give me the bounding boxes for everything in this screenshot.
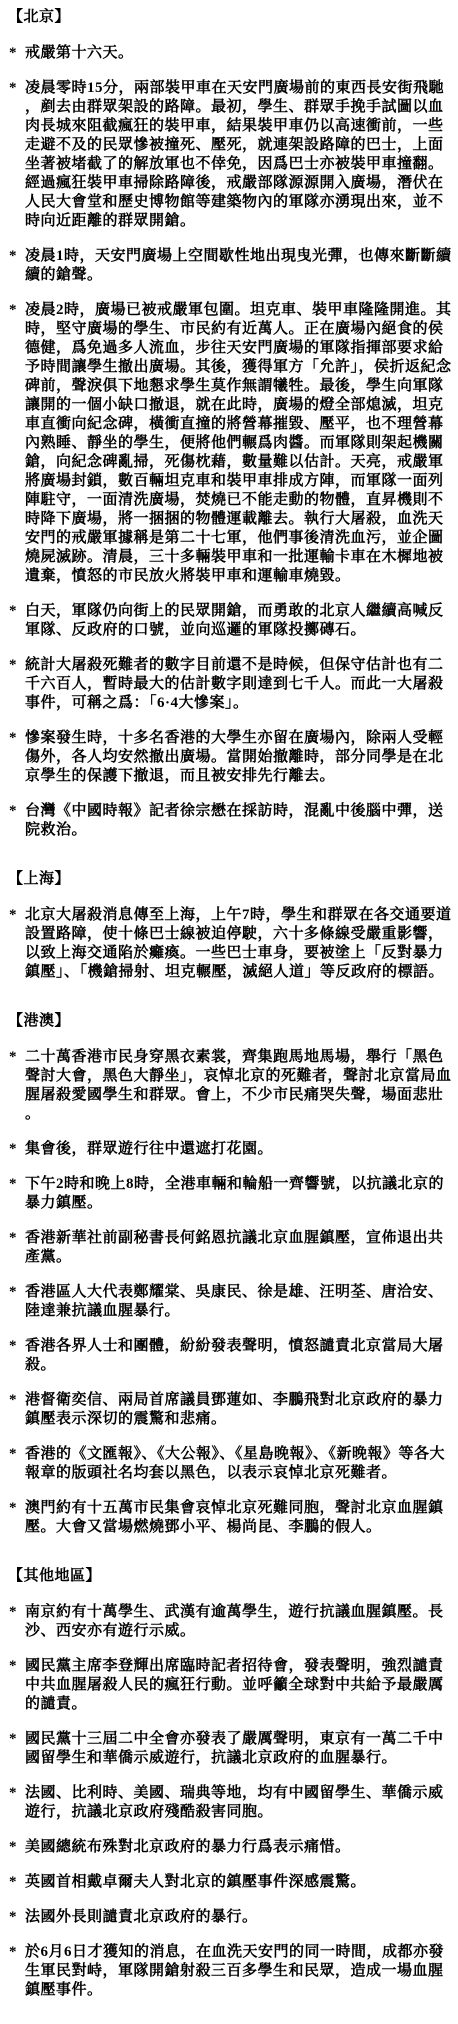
bullet-text: 港督衛奕信、兩局首席議員鄧蓮如、李鵬飛對北京政府的暴力鎮壓表示深切的震驚和悲痛。 [25,1392,444,1427]
bullet-item: *國民黨主席李登輝出席臨時記者招待會，發表聲明，強烈譴責中共血腥屠殺人民的瘋狂行… [8,1657,452,1714]
bullet-marker: * [9,729,17,748]
bullet-item: *法國、比利時、美國、瑞典等地，均有中國留學生、華僑示威遊行，抗議北京政府殘酷殺… [8,1784,452,1822]
bullet-marker: * [9,1908,17,1927]
section-header: 【北京】 [8,8,452,27]
section: 【上海】*北京大屠殺消息傳至上海，上午7時，學生和群眾在各交通要道設置路障，使十… [8,870,452,982]
bullet-text: 慘案發生時，十多名香港的大學生亦留在廣場內，除兩人受輕傷外，各人均安然撤出廣場。… [25,730,444,784]
bullet-list: *南京約有十萬學生、武漢有逾萬學生，遊行抗議血腥鎮壓。長沙、西安亦有遊行示威。*… [8,1603,452,2000]
bullet-marker: * [9,44,17,63]
bullet-text: 台灣《中國時報》記者徐宗懋在採訪時，混亂中後腦中彈，送院救治。 [25,803,444,838]
bullet-item: *香港區人大代表鄭耀棠、吳康民、徐是雄、汪明荃、唐洽安、陸達兼抗議血腥暴行。 [8,1283,452,1321]
bullet-marker: * [9,1603,17,1622]
section: 【港澳】*二十萬香港市民身穿黑衣素裳，齊集跑馬地馬場，舉行「黑色聲討大會，黑色大… [8,1012,452,1537]
bullet-text: 北京大屠殺消息傳至上海，上午7時，學生和群眾在各交通要道設置路障，使十條巴士線被… [25,907,452,980]
bullet-text: 白天，軍隊仍向街上的民眾開鎗，而勇敢的北京人繼續高喊反軍隊、反政府的口號，並向巡… [25,603,444,638]
bullet-item: *英國首相戴卓爾夫人對北京的鎮壓事件深感震驚。 [8,1873,452,1892]
bullet-item: *下午2時和晚上8時，全港車輛和輪船一齊響號，以抗議北京的暴力鎮壓。 [8,1175,452,1213]
section: 【其他地區】*南京約有十萬學生、武漢有逾萬學生，遊行抗議血腥鎮壓。長沙、西安亦有… [8,1567,452,2000]
bullet-list: *戒嚴第十六天。*凌晨零時15分，兩部裝甲車在天安門廣場前的東西長安街飛馳，剷去… [8,44,452,840]
bullet-marker: * [9,1229,17,1248]
bullet-text: 凌晨2時，廣場已被戒嚴軍包圍。坦克車、裝甲車隆隆開進。其時，堅守廣場的學生、市民… [25,302,452,584]
bullet-item: *香港各界人士和團體，紛紛發表聲明，憤怒譴責北京當局大屠殺。 [8,1337,452,1375]
bullet-item: *香港新華社前副秘書長何銘恩抗議北京血腥鎮壓，宣佈退出共產黨。 [8,1229,452,1267]
bullet-marker: * [9,1838,17,1857]
sections-root: 【北京】*戒嚴第十六天。*凌晨零時15分，兩部裝甲車在天安門廣場前的東西長安街飛… [8,8,452,2000]
bullet-marker: * [9,906,17,925]
bullet-item: *慘案發生時，十多名香港的大學生亦留在廣場內，除兩人受輕傷外，各人均安然撤出廣場… [8,729,452,786]
section-header: 【上海】 [8,870,452,889]
bullet-item: *港督衛奕信、兩局首席議員鄧蓮如、李鵬飛對北京政府的暴力鎮壓表示深切的震驚和悲痛… [8,1391,452,1429]
bullet-marker: * [9,602,17,621]
bullet-item: *凌晨2時，廣場已被戒嚴軍包圍。坦克車、裝甲車隆隆開進。其時，堅守廣場的學生、市… [8,301,452,586]
bullet-list: *北京大屠殺消息傳至上海，上午7時，學生和群眾在各交通要道設置路障，使十條巴士線… [8,906,452,982]
bullet-item: *法國外長則譴責北京政府的暴行。 [8,1908,452,1927]
bullet-item: *二十萬香港市民身穿黑衣素裳，齊集跑馬地馬場，舉行「黑色聲討大會，黑色大靜坐」，… [8,1048,452,1124]
bullet-marker: * [9,1140,17,1159]
bullet-item: *國民黨十三屆二中全會亦發表了嚴厲聲明，東京有一萬二千中國留學生和華僑示威遊行，… [8,1730,452,1768]
bullet-marker: * [9,1657,17,1676]
bullet-text: 香港區人大代表鄭耀棠、吳康民、徐是雄、汪明荃、唐洽安、陸達兼抗議血腥暴行。 [25,1284,444,1319]
bullet-item: *北京大屠殺消息傳至上海，上午7時，學生和群眾在各交通要道設置路障，使十條巴士線… [8,906,452,982]
bullet-text: 法國、比利時、美國、瑞典等地，均有中國留學生、華僑示威遊行，抗議北京政府殘酷殺害… [25,1785,444,1820]
bullet-marker: * [9,1175,17,1194]
bullet-text: 下午2時和晚上8時，全港車輛和輪船一齊響號，以抗議北京的暴力鎮壓。 [25,1176,444,1211]
bullet-text: 南京約有十萬學生、武漢有逾萬學生，遊行抗議血腥鎮壓。長沙、西安亦有遊行示威。 [25,1604,444,1639]
bullet-marker: * [9,1499,17,1518]
bullet-marker: * [9,656,17,675]
bullet-text: 凌晨零時15分，兩部裝甲車在天安門廣場前的東西長安街飛馳，剷去由群眾架設的路障。… [25,80,444,229]
bullet-marker: * [9,79,17,98]
bullet-item: *凌晨1時，天安門廣場上空間歇性地出現曳光彈，也傳來斷斷續續的鎗聲。 [8,247,452,285]
bullet-text: 法國外長則譴責北京政府的暴行。 [25,1909,258,1925]
bullet-item: *凌晨零時15分，兩部裝甲車在天安門廣場前的東西長安街飛馳，剷去由群眾架設的路障… [8,79,452,231]
bullet-item: *集會後，群眾遊行往中還遮打花園。 [8,1140,452,1159]
bullet-marker: * [9,802,17,821]
bullet-marker: * [9,1445,17,1464]
bullet-marker: * [9,1391,17,1410]
bullet-item: *美國總統布殊對北京政府的暴力行爲表示痛惜。 [8,1838,452,1857]
bullet-marker: * [9,1337,17,1356]
section: 【北京】*戒嚴第十六天。*凌晨零時15分，兩部裝甲車在天安門廣場前的東西長安街飛… [8,8,452,840]
bullet-item: *南京約有十萬學生、武漢有逾萬學生，遊行抗議血腥鎮壓。長沙、西安亦有遊行示威。 [8,1603,452,1641]
bullet-marker: * [9,301,17,320]
bullet-marker: * [9,1048,17,1067]
bullet-item: *戒嚴第十六天。 [8,44,452,63]
bullet-text: 國民黨主席李登輝出席臨時記者招待會，發表聲明，強烈譴責中共血腥屠殺人民的瘋狂行動… [25,1658,444,1712]
bullet-item: *台灣《中國時報》記者徐宗懋在採訪時，混亂中後腦中彈，送院救治。 [8,802,452,840]
bullet-marker: * [9,1730,17,1749]
bullet-item: *統計大屠殺死難者的數字目前還不是時候，但保守估計也有二千六百人，暫時最大的估計… [8,656,452,713]
section-header: 【其他地區】 [8,1567,452,1586]
bullet-text: 於6月6日才獲知的消息，在血洗天安門的同一時間，成都亦發生軍民對峙，軍隊開鎗射殺… [25,1944,444,1998]
bullet-text: 英國首相戴卓爾夫人對北京的鎮壓事件深感震驚。 [25,1874,366,1890]
bullet-list: *二十萬香港市民身穿黑衣素裳，齊集跑馬地馬場，舉行「黑色聲討大會，黑色大靜坐」，… [8,1048,452,1537]
bullet-item: *澳門約有十五萬市民集會哀悼北京死難同胞，聲討北京血腥鎮壓。大會又當場燃燒鄧小平… [8,1499,452,1537]
bullet-text: 二十萬香港市民身穿黑衣素裳，齊集跑馬地馬場，舉行「黑色聲討大會，黑色大靜坐」，哀… [25,1049,452,1122]
bullet-item: *白天，軍隊仍向街上的民眾開鎗，而勇敢的北京人繼續高喊反軍隊、反政府的口號，並向… [8,602,452,640]
bullet-text: 集會後，群眾遊行往中還遮打花園。 [25,1141,273,1157]
bullet-text: 香港新華社前副秘書長何銘恩抗議北京血腥鎮壓，宣佈退出共產黨。 [25,1230,444,1265]
document: 【北京】*戒嚴第十六天。*凌晨零時15分，兩部裝甲車在天安門廣場前的東西長安街飛… [0,0,458,2024]
bullet-marker: * [9,1943,17,1962]
bullet-marker: * [9,1283,17,1302]
section-header: 【港澳】 [8,1012,452,1031]
bullet-text: 香港各界人士和團體，紛紛發表聲明，憤怒譴責北京當局大屠殺。 [25,1338,444,1373]
bullet-text: 戒嚴第十六天。 [25,45,134,61]
bullet-marker: * [9,247,17,266]
bullet-item: *香港的《文匯報》、《大公報》、《星島晚報》、《新晚報》等各大報章的版頭社名均套… [8,1445,452,1483]
bullet-text: 統計大屠殺死難者的數字目前還不是時候，但保守估計也有二千六百人，暫時最大的估計數… [25,657,444,711]
bullet-marker: * [9,1873,17,1892]
bullet-item: *於6月6日才獲知的消息，在血洗天安門的同一時間，成都亦發生軍民對峙，軍隊開鎗射… [8,1943,452,2000]
bullet-text: 香港的《文匯報》、《大公報》、《星島晚報》、《新晚報》等各大報章的版頭社名均套以… [25,1446,445,1481]
bullet-text: 澳門約有十五萬市民集會哀悼北京死難同胞，聲討北京血腥鎮壓。大會又當場燃燒鄧小平、… [25,1500,444,1535]
bullet-text: 凌晨1時，天安門廣場上空間歇性地出現曳光彈，也傳來斷斷續續的鎗聲。 [25,248,452,283]
bullet-text: 美國總統布殊對北京政府的暴力行爲表示痛惜。 [25,1839,351,1855]
bullet-marker: * [9,1784,17,1803]
bullet-text: 國民黨十三屆二中全會亦發表了嚴厲聲明，東京有一萬二千中國留學生和華僑示威遊行，抗… [25,1731,444,1766]
